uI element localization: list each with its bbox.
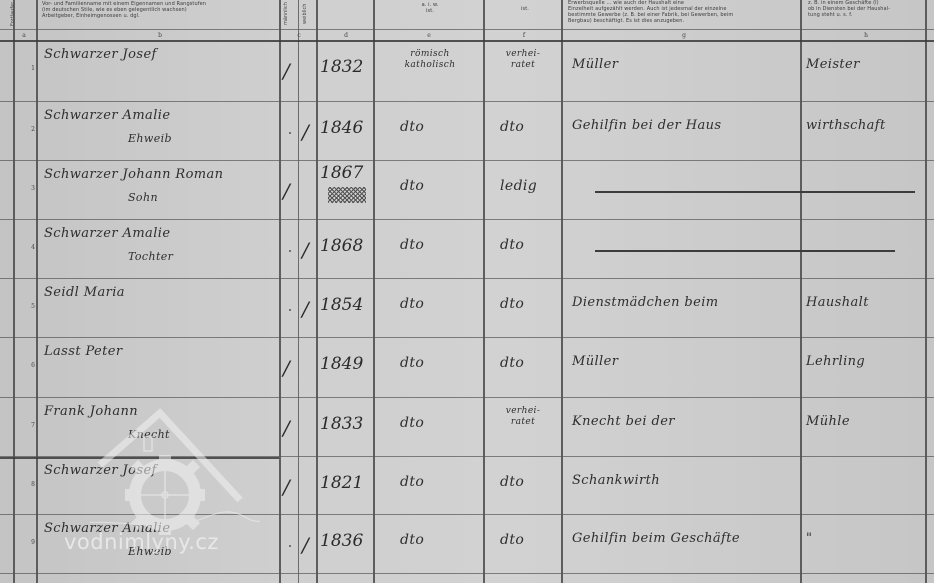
person-relation: Knecht <box>128 428 170 441</box>
person-name: Seidl Maria <box>44 285 125 300</box>
occupation: Gehilfin bei der Haus <box>572 118 721 133</box>
occupation: Müller <box>572 354 618 369</box>
header-col-a-vertical: Fortlaufende <box>10 2 20 26</box>
header-col-c-male: männlich <box>283 2 291 26</box>
occupation: Knecht bei der <box>572 414 675 429</box>
birth-year: 1854 <box>320 295 363 315</box>
birth-year: 1849 <box>320 354 363 374</box>
birth-year: 1833 <box>320 414 363 434</box>
occupation-position: Haushalt <box>806 295 869 310</box>
person-name: Schwarzer Amalie <box>44 226 170 241</box>
female-mark: / <box>302 533 309 557</box>
religion: dto <box>400 355 424 371</box>
marital-status: dto <box>500 532 524 548</box>
male-mark: / <box>283 59 290 83</box>
header-col-b: Vor- und Familienname mit einem Eigennam… <box>42 1 272 27</box>
female-mark: / <box>302 297 309 321</box>
occupation: Schankwirth <box>572 473 660 488</box>
person-name: Schwarzer Josef <box>44 463 157 478</box>
header-col-h: z. B. in einem Geschäfte (l) ob in Diens… <box>808 0 928 26</box>
col-letter-g: g <box>564 31 804 40</box>
person-name: Schwarzer Johann Roman <box>44 167 223 182</box>
dot-mark <box>289 132 291 134</box>
male-mark: / <box>283 179 290 203</box>
row-number: 3 <box>28 185 38 192</box>
watermark-text: vodnimlyny.cz <box>64 530 219 554</box>
person-name: Schwarzer Josef <box>44 47 157 62</box>
person-name: Frank Johann <box>44 404 138 419</box>
table-row: 5Seidl Maria/1854dtodtoDienstmädchen bei… <box>0 279 934 338</box>
table-row: 3Schwarzer Johann RomanSohn/1867dtoledig <box>0 161 934 220</box>
religion: dto <box>400 474 424 490</box>
occupation: Gehilfin beim Geschäfte <box>572 531 740 546</box>
struck-out-year <box>328 187 366 203</box>
birth-year: 1821 <box>320 473 363 493</box>
birth-year: 1836 <box>320 531 363 551</box>
occupation: Müller <box>572 57 618 72</box>
row-number: 1 <box>28 65 38 72</box>
row-number: 2 <box>28 126 38 133</box>
marital-status: verhei- ratet <box>487 49 559 71</box>
person-relation: Tochter <box>128 250 173 263</box>
religion: dto <box>400 532 424 548</box>
religion: dto <box>400 296 424 312</box>
occupation-position: Meister <box>806 57 860 72</box>
person-name: Schwarzer Amalie <box>44 108 170 123</box>
religion: dto <box>400 237 424 253</box>
occupation-position: Lehrling <box>806 354 865 369</box>
header-col-g: Erwerbsquelle ... wie auch der Haushalt … <box>568 0 802 26</box>
dot-mark <box>289 545 291 547</box>
col-letter-d: d <box>318 31 374 40</box>
male-mark: / <box>283 475 290 499</box>
marital-status: ledig <box>500 178 537 194</box>
grid-hline <box>0 29 934 30</box>
table-row: 1Schwarzer Josef/1832römisch katholischv… <box>0 41 934 100</box>
row-number: 8 <box>28 481 38 488</box>
row-number: 5 <box>28 303 38 310</box>
col-letter-h: h <box>804 31 928 40</box>
table-row: 6Lasst Peter/1849dtodtoMüllerLehrling <box>0 338 934 397</box>
marital-status: dto <box>500 296 524 312</box>
birth-year: 1832 <box>320 57 363 77</box>
occupation-dash <box>595 191 915 193</box>
header-col-c-female: weiblich <box>302 2 310 26</box>
male-mark: / <box>283 356 290 380</box>
row-number: 7 <box>28 422 38 429</box>
col-letter-a: a <box>14 31 34 40</box>
marital-status: verhei- ratet <box>487 406 559 428</box>
marital-status: dto <box>500 119 524 135</box>
col-letter-f: f <box>484 31 564 40</box>
dot-mark <box>289 250 291 252</box>
occupation-position: Mühle <box>806 414 850 429</box>
male-mark: / <box>283 416 290 440</box>
person-name: Lasst Peter <box>44 344 122 359</box>
marital-status: dto <box>500 355 524 371</box>
occupation-position: wirthschaft <box>806 118 886 133</box>
col-letter-e: e <box>374 31 484 40</box>
occupation-dash <box>595 250 895 252</box>
col-letter-b: b <box>40 31 280 40</box>
table-row: 7Frank JohannKnecht/1833dtoverhei- ratet… <box>0 398 934 457</box>
female-mark: / <box>302 120 309 144</box>
census-sheet: Vor- und Familienname mit einem Eigennam… <box>0 0 934 583</box>
row-number: 4 <box>28 244 38 251</box>
marital-status: dto <box>500 474 524 490</box>
person-relation: Sohn <box>128 191 158 204</box>
birth-year: 1846 <box>320 118 363 138</box>
table-row: 2Schwarzer AmalieEhweib/1846dtodtoGehilf… <box>0 102 934 161</box>
col-letter-c: c <box>280 31 318 40</box>
religion: dto <box>400 119 424 135</box>
person-relation: Ehweib <box>128 132 172 145</box>
birth-year: 1868 <box>320 236 363 256</box>
row-number: 9 <box>28 539 38 546</box>
marital-status: dto <box>500 237 524 253</box>
header-col-f: ist. <box>485 6 565 18</box>
birth-year: 1867 <box>320 163 363 183</box>
dot-mark <box>289 309 291 311</box>
religion: dto <box>400 178 424 194</box>
header-col-e: a. i. w. ist. <box>375 2 485 26</box>
religion: römisch katholisch <box>380 49 480 71</box>
occupation: Dienstmädchen beim <box>572 295 719 310</box>
row-number: 6 <box>28 362 38 369</box>
table-row: 4Schwarzer AmalieTochter/1868dtodto <box>0 220 934 279</box>
table-row: 8Schwarzer Josef/1821dtodtoSchankwirth <box>0 457 934 516</box>
occupation-position: " <box>806 531 812 546</box>
religion: dto <box>400 415 424 431</box>
female-mark: / <box>302 238 309 262</box>
